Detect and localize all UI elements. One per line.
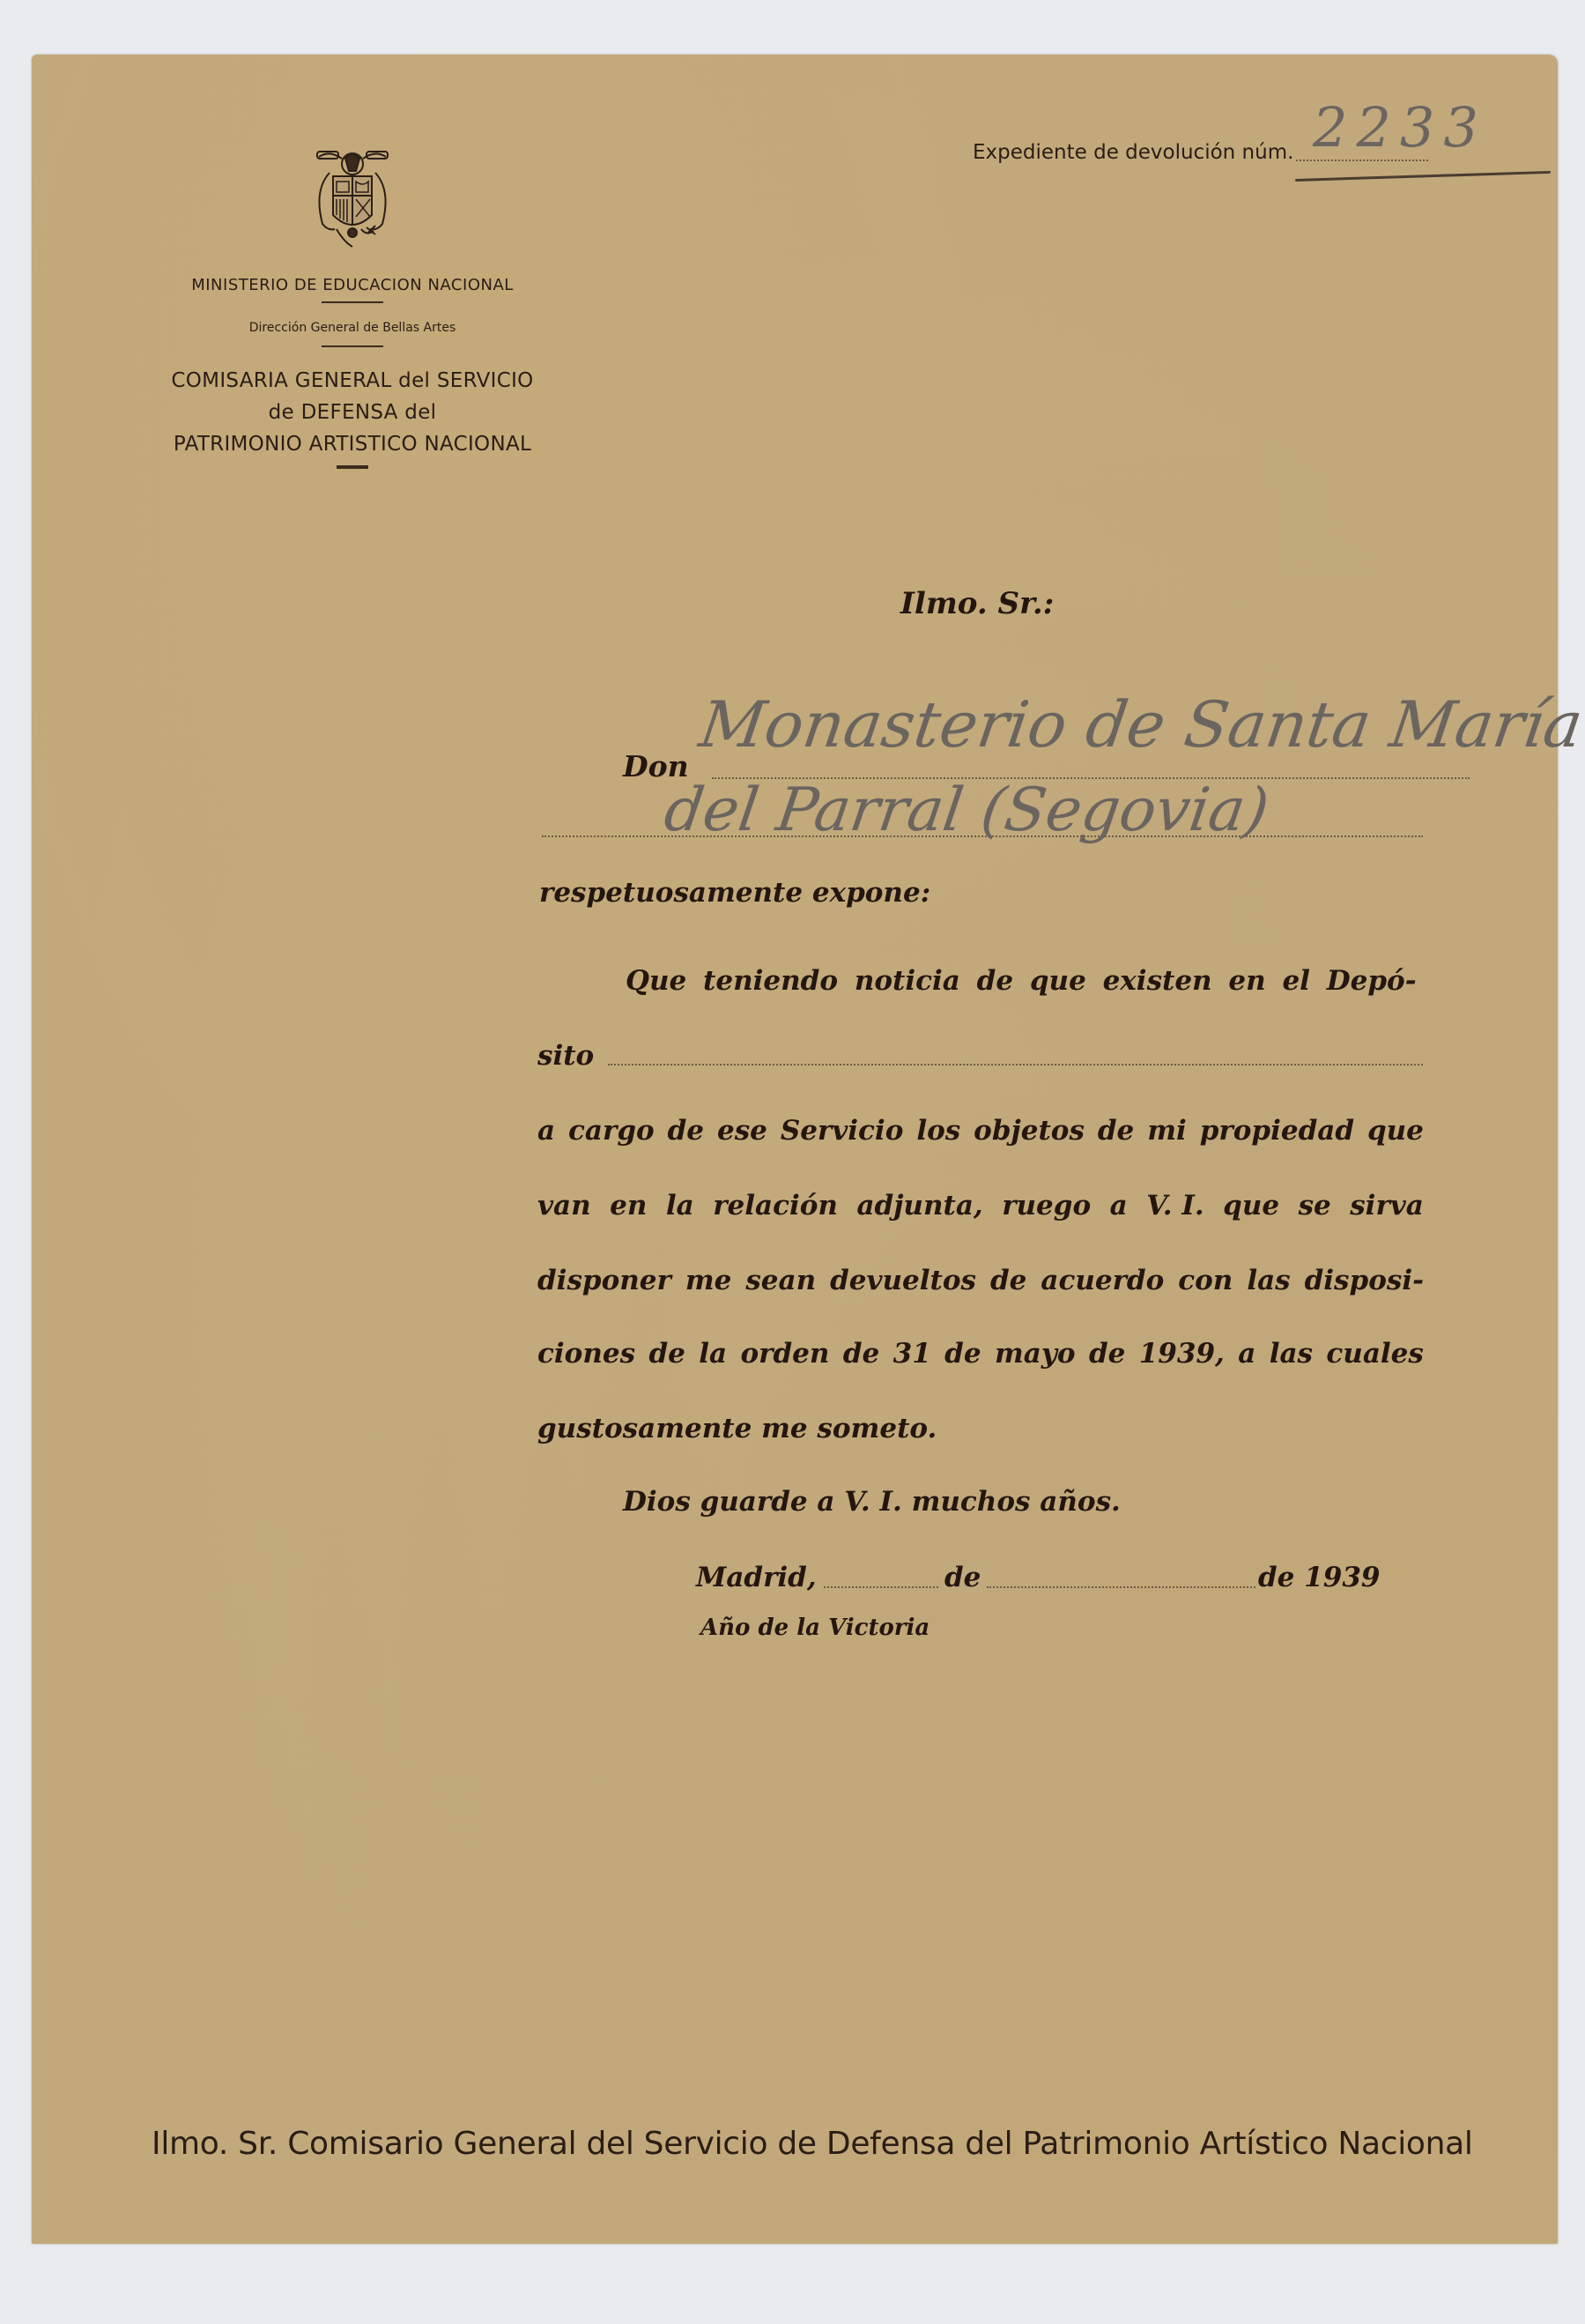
salutation: Ilmo. Sr.:: [900, 586, 1054, 621]
commission-line-1: COMISARIA GENERAL del SERVICIO: [145, 365, 559, 397]
date-month-field[interactable]: [987, 1586, 1255, 1588]
closing-formula: Dios guarde a V. I. muchos años.: [623, 1486, 1121, 1518]
divider: [337, 465, 368, 469]
addressee-footer: Ilmo. Sr. Comisario General del Servicio…: [152, 2126, 1473, 2162]
body-line-1: Que teniendo noticia de que existen en e…: [626, 965, 1417, 997]
dateline-de: de: [944, 1562, 984, 1593]
date-day-field[interactable]: [824, 1586, 938, 1588]
deposit-label: sito: [537, 1040, 594, 1072]
applicant-handwritten-line-1: Monasterio de Santa María: [695, 687, 1585, 761]
dateline-year: de 1939: [1258, 1562, 1380, 1593]
expone-text: respetuosamente expone:: [539, 877, 930, 909]
divider: [322, 301, 383, 303]
commission-line-3: PATRIMONIO ARTISTICO NACIONAL: [145, 428, 559, 460]
coat-of-arms-icon: [310, 141, 395, 252]
dateline-motto: Año de la Victoria: [700, 1615, 930, 1641]
file-number-handwritten: 2233: [1313, 95, 1487, 160]
body-line-7: gustosamente me someto.: [537, 1413, 937, 1444]
commission-name: COMISARIA GENERAL del SERVICIO de DEFENS…: [145, 365, 559, 460]
commission-line-2: de DEFENSA del: [145, 397, 559, 428]
applicant-handwritten-line-2: del Parral (Segovia): [660, 776, 1272, 845]
file-number-label: Expediente de devolución núm.: [973, 141, 1293, 164]
body-line-6: cionesdelaordende31demayode1939,alascual…: [537, 1338, 1424, 1370]
ministry-name: MINISTERIO DE EDUCACION NACIONAL: [159, 276, 546, 294]
file-number-dotted-field[interactable]: [1296, 160, 1428, 161]
direction-name: Dirección General de Bellas Artes: [159, 321, 546, 335]
divider: [322, 345, 383, 347]
deposit-field[interactable]: [608, 1064, 1423, 1065]
body-line-5: disponermeseandevueltosdeacuerdoconlasdi…: [537, 1265, 1424, 1296]
dateline-city: Madrid,: [696, 1562, 817, 1593]
body-line-3: acargodeeseServiciolosobjetosdemipropied…: [537, 1115, 1424, 1147]
body-line-4: vanenlarelaciónadjunta,ruegoaV. I.queses…: [537, 1190, 1424, 1221]
